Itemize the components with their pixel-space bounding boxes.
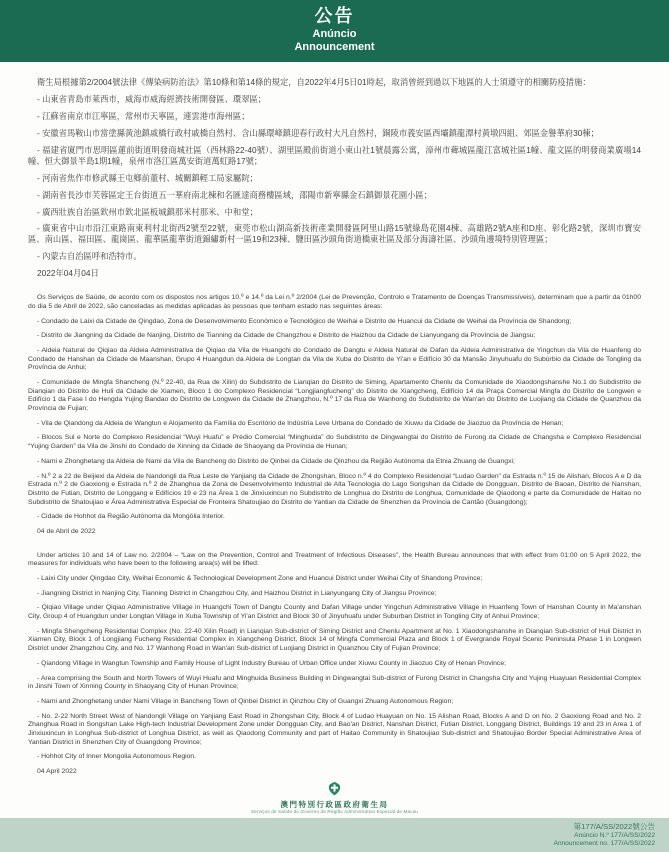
section-chinese: 衛生局根據第2/2004號法律《傳染病防治法》第10條和第14條的規定，自202… xyxy=(28,77,641,279)
english-area-item: - Area comprising the South and North To… xyxy=(28,675,641,692)
english-area-item: - Nami and Zhonghetang under Nami Villag… xyxy=(28,698,641,707)
english-intro: Under articles 10 and 14 of Law no. 2/20… xyxy=(28,552,641,569)
chinese-date: 2022年04月04日 xyxy=(28,268,641,279)
org-name-zh: 澳門特別行政區政府衛生局 xyxy=(0,801,669,809)
health-bureau-cross-icon xyxy=(327,781,342,800)
chinese-area-item: - 廣東省中山市沿江東路南東利村北街西2號至22號，東莞市松山湖高新技術產業開發… xyxy=(28,223,641,245)
page-title-pt: Anúncio xyxy=(0,28,669,41)
english-area-item: - Hohhot City of Inner Mongolia Autonomo… xyxy=(28,753,641,762)
reference-number-zh: 第177/A/SS/2022號公告 xyxy=(553,822,655,832)
header-banner: 公告 Anúncio Announcement xyxy=(0,0,669,62)
chinese-area-item: - 江蘇省南京市江寧區，常州市天寧區，連雲港市海州區； xyxy=(28,111,641,122)
chinese-area-item: - 福建省廈門市思明區蓮前街道明發商城社區（西林路22-40號）、湖里區殿前街道… xyxy=(28,145,641,167)
reference-number-en: Announcement no. 177/A/SS/2022 xyxy=(553,840,655,849)
english-area-item: - Mingfa Shengcheng Residential Complex … xyxy=(28,628,641,654)
portuguese-area-item: - Condado de Laixi da Cidade de Qingdao,… xyxy=(28,318,641,327)
portuguese-intro: Os Serviços de Saúde, de acordo com os d… xyxy=(28,294,641,311)
chinese-area-item: - 河南省焦作市修武縣王屯鄉前董村、城關鎮輕工局家屬院； xyxy=(28,173,641,184)
portuguese-area-item: - Aldeia Natural de Qiqiao da Aldeia Adm… xyxy=(28,347,641,373)
english-date: 04 April 2022 xyxy=(28,768,641,777)
portuguese-area-item: - Comunidade de Mingfa Shancheng (N.º 22… xyxy=(28,379,641,414)
portuguese-area-item: - Blocos Sul e Norte do Complexo Residen… xyxy=(28,434,641,451)
english-area-item: - Jiangning District in Nanjing City, Ti… xyxy=(28,590,641,599)
org-name-pt: Serviços de Saúde do Governo da Região A… xyxy=(0,810,669,815)
chinese-area-item: - 廣西壯族自治區欽州市欽北區板城鎮那米村那米、中和堂； xyxy=(28,207,641,218)
reference-numbers: 第177/A/SS/2022號公告 Anúncio N.º 177/A/SS/2… xyxy=(553,822,655,849)
portuguese-area-item: - Vila de Qiandong da Aldeia de Wangtun … xyxy=(28,420,641,429)
english-area-item: - Qiandong Village in Wangtun Township a… xyxy=(28,660,641,669)
page-title-zh: 公告 xyxy=(0,5,669,28)
health-bureau-logo: 澳門特別行政區政府衛生局 Serviços de Saúde do Govern… xyxy=(0,781,669,814)
announcement-body: 衛生局根據第2/2004號法律《傳染病防治法》第10條和第14條的規定，自202… xyxy=(0,62,669,777)
chinese-intro: 衛生局根據第2/2004號法律《傳染病防治法》第10條和第14條的規定，自202… xyxy=(28,77,641,88)
chinese-area-item: - 內蒙古自治區呼和浩特市。 xyxy=(28,251,641,262)
chinese-area-item: - 湖南省長沙市芙蓉區定王台街道五一華府南北棟和名匯達商務樓區域，邵陽市新寧縣金… xyxy=(28,190,641,201)
section-portuguese: Os Serviços de Saúde, de acordo com os d… xyxy=(28,294,641,536)
english-area-item: - No. 2-22 North Street West of Nandongl… xyxy=(28,713,641,748)
announcement-page: 公告 Anúncio Announcement 衛生局根據第2/2004號法律《… xyxy=(0,0,669,852)
english-area-item: - Qiqiao Village under Qiqiao Administra… xyxy=(28,604,641,621)
page-title-en: Announcement xyxy=(0,41,669,54)
reference-number-pt: Anúncio N.º 177/A/SS/2022 xyxy=(553,832,655,841)
reference-bar: 第177/A/SS/2022號公告 Anúncio N.º 177/A/SS/2… xyxy=(0,818,669,852)
portuguese-date: 04 de Abril de 2022 xyxy=(28,528,641,537)
portuguese-area-item: - N.º 2 a 22 de Beijiexi da Aldeia de Na… xyxy=(28,473,641,508)
portuguese-area-item: - Distrito de Jiangning da Cidade de Nan… xyxy=(28,332,641,341)
english-area-item: - Laixi City under Qingdao City, Weihai … xyxy=(28,575,641,584)
section-english: Under articles 10 and 14 of Law no. 2/20… xyxy=(28,552,641,777)
chinese-area-item: - 山東省青島市萊西市，威海市威海經濟技術開發區、環翠區； xyxy=(28,94,641,105)
chinese-area-item: - 安徽省馬鞍山市當塗縣黃池鎮戚橋行政村戚橋自然村、含山縣環峰鎮迎春行政村大凡自… xyxy=(28,128,641,139)
portuguese-area-item: - Nami e Zhonghetang da Aldeia de Nami d… xyxy=(28,458,641,467)
portuguese-area-item: - Cidade de Hohhot da Região Autónoma da… xyxy=(28,513,641,522)
